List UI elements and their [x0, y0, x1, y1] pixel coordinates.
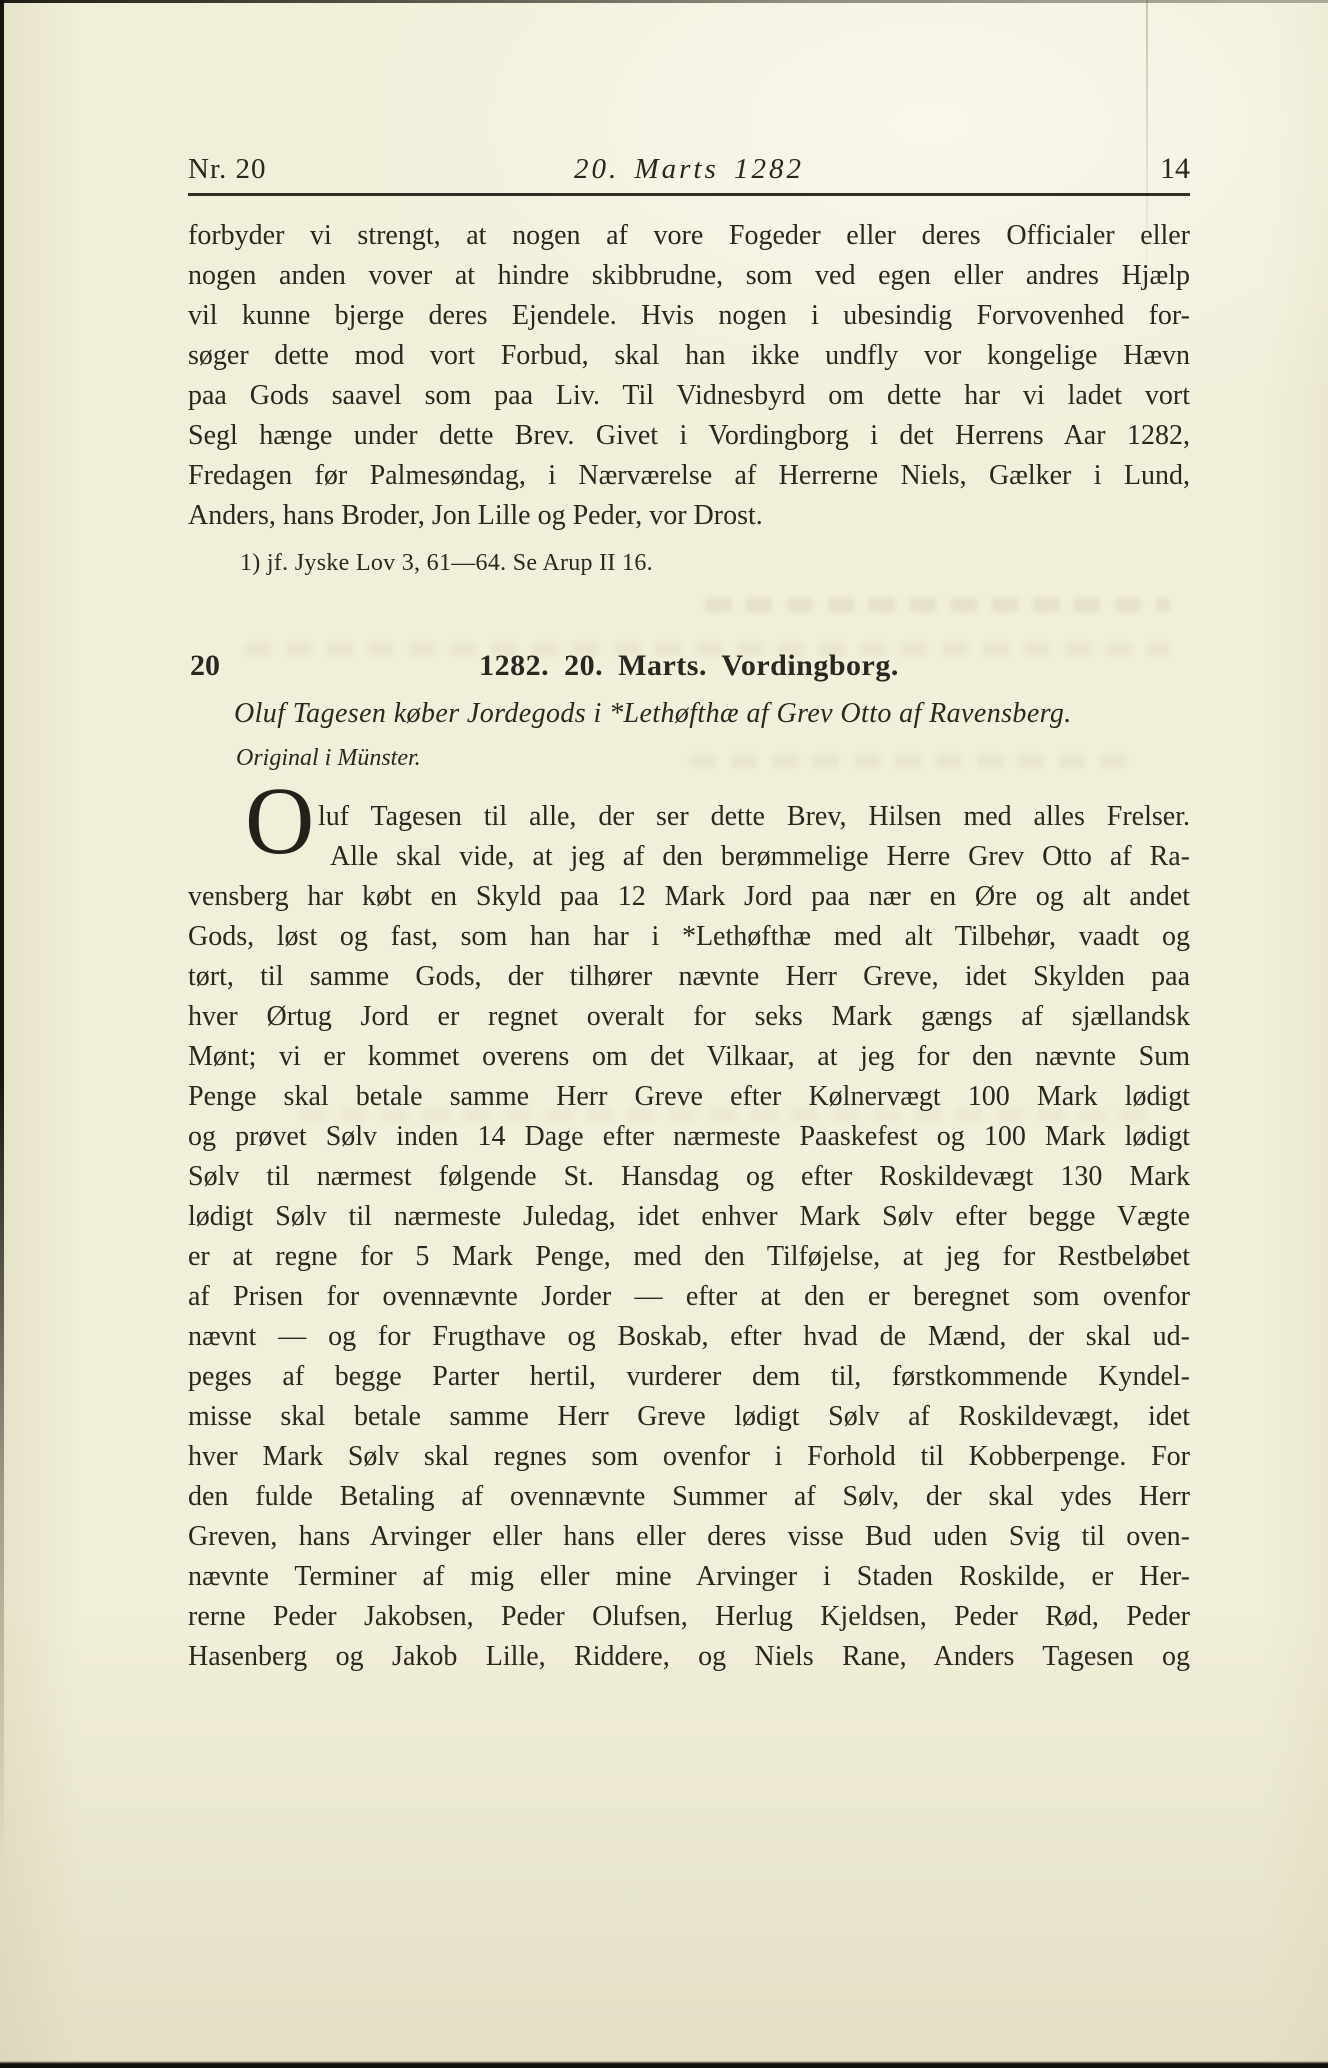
text-line: Fredagen før Palmesøndag, i Nærværelse a…: [188, 456, 1190, 496]
text-line: Anders, hans Broder, Jon Lille og Peder,…: [188, 496, 1190, 536]
drop-cap: O: [245, 773, 314, 869]
text-line: søger dette mod vort Forbud, skal han ik…: [188, 336, 1190, 376]
entry-body-lines: luf Tagesen til alle, der ser dette Brev…: [188, 797, 1190, 1677]
text-line: og prøvet Sølv inden 14 Dage efter nærme…: [188, 1117, 1190, 1157]
page-number: 14: [970, 152, 1190, 186]
entry-heading: 1282. 20. Marts. Vordingborg.: [188, 648, 1190, 684]
text-line: forbyder vi strengt, at nogen af vore Fo…: [188, 216, 1190, 256]
running-header-entry-ref: Nr. 20: [188, 152, 408, 186]
continuation-paragraph: forbyder vi strengt, at nogen af vore Fo…: [188, 216, 1190, 536]
text-line: peges af begge Parter hertil, vurderer d…: [188, 1357, 1190, 1397]
text-line: Hasenberg og Jakob Lille, Riddere, og Ni…: [188, 1637, 1190, 1677]
text-line: Alle skal vide, at jeg af den berømmelig…: [330, 837, 1190, 877]
text-line: luf Tagesen til alle, der ser dette Brev…: [318, 797, 1190, 837]
text-line: hver Ørtug Jord er regnet overalt for se…: [188, 997, 1190, 1037]
text-line: Gods, løst og fast, som han har i *Lethø…: [188, 917, 1190, 957]
text-line: nævnte Terminer af mig eller mine Arving…: [188, 1557, 1190, 1597]
text-line: vil kunne bjerge deres Ejendele. Hvis no…: [188, 296, 1190, 336]
text-line: rerne Peder Jakobsen, Peder Olufsen, Her…: [188, 1597, 1190, 1637]
text-line: Penge skal betale samme Herr Greve efter…: [188, 1077, 1190, 1117]
entry-body: O luf Tagesen til alle, der ser dette Br…: [188, 797, 1190, 1677]
scan-edge-bottom: [0, 2061, 1328, 2068]
text-line: Greven, hans Arvinger eller hans eller d…: [188, 1517, 1190, 1557]
text-line: hver Mark Sølv skal regnes som ovenfor i…: [188, 1437, 1190, 1477]
entry-heading-row: 20 1282. 20. Marts. Vordingborg.: [188, 648, 1190, 684]
running-header-date: 20. Marts 1282: [408, 152, 970, 186]
text-line: den fulde Betaling af ovennævnte Summer …: [188, 1477, 1190, 1517]
text-line: nogen anden vover at hindre skibbrudne, …: [188, 256, 1190, 296]
header-rule: [188, 193, 1190, 196]
text-line: af Prisen for ovennævnte Jorder — efter …: [188, 1277, 1190, 1317]
text-line: nævnt — og for Frugthave og Boskab, efte…: [188, 1317, 1190, 1357]
text-line: Sølv til nærmest følgende St. Hansdag og…: [188, 1157, 1190, 1197]
entry-number: 20: [190, 648, 220, 684]
entry-summary: Oluf Tagesen køber Jordegods i *Lethøfth…: [234, 697, 1190, 731]
text-line: Mønt; vi er kommet overens om det Vilkaa…: [188, 1037, 1190, 1077]
book-page-scan: Nr. 20 20. Marts 1282 14 forbyder vi str…: [0, 0, 1328, 2068]
text-line: er at regne for 5 Mark Penge, med den Ti…: [188, 1237, 1190, 1277]
footnote: 1) jf. Jyske Lov 3, 61—64. Se Arup II 16…: [240, 548, 1190, 578]
text-line: lødigt Sølv til nærmeste Juledag, idet e…: [188, 1197, 1190, 1237]
page-content: Nr. 20 20. Marts 1282 14 forbyder vi str…: [188, 0, 1190, 1677]
running-header: Nr. 20 20. Marts 1282 14: [188, 152, 1190, 186]
text-line: misse skal betale samme Herr Greve lødig…: [188, 1397, 1190, 1437]
text-line: tørt, til samme Gods, der tilhører nævnt…: [188, 957, 1190, 997]
scan-edge-top: [0, 0, 1328, 3]
text-line: Segl hænge under dette Brev. Givet i Vor…: [188, 416, 1190, 456]
entry-provenance: Original i Münster.: [236, 743, 1190, 773]
scan-edge-left: [0, 0, 4, 2068]
text-line: paa Gods saavel som paa Liv. Til Vidnesb…: [188, 376, 1190, 416]
text-line: vensberg har købt en Skyld paa 12 Mark J…: [188, 877, 1190, 917]
